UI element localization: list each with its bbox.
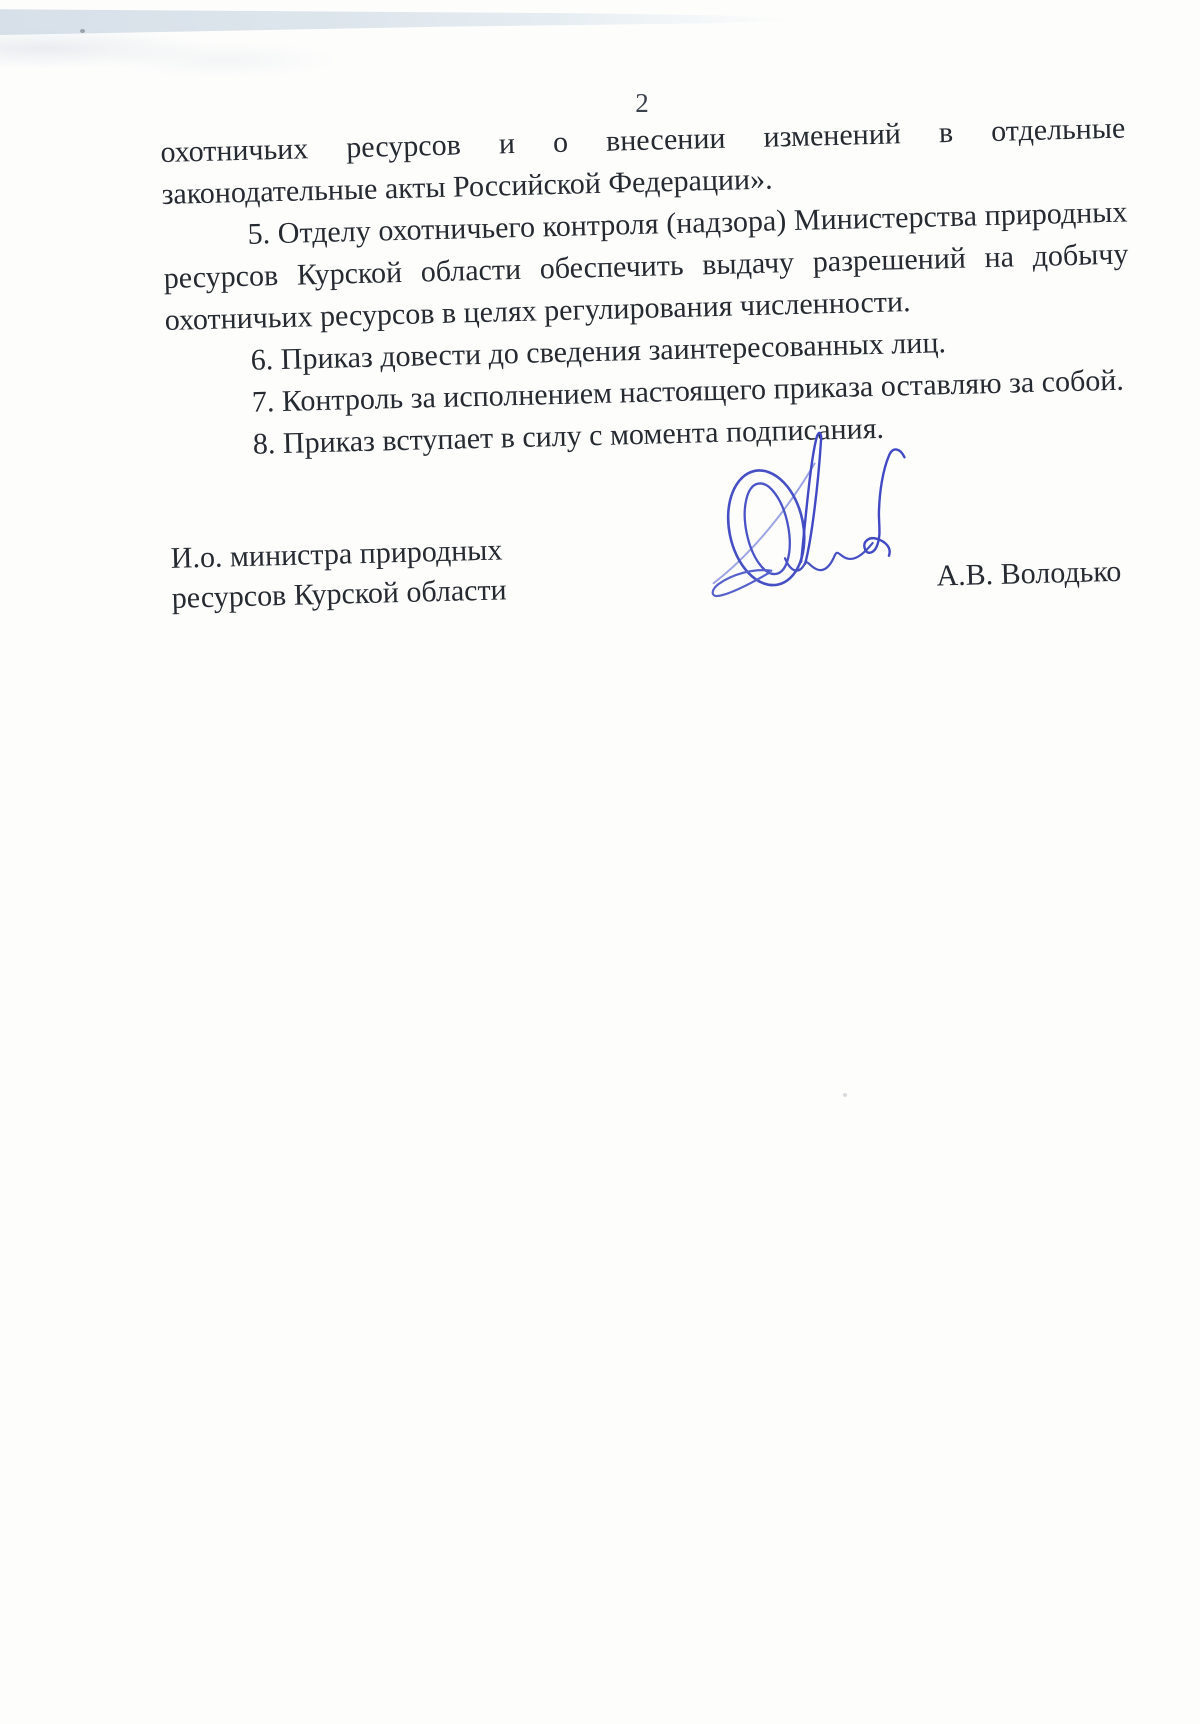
scanned-document-page: 2 охотничьих ресурсов и о внесении измен… (0, 0, 1200, 1724)
signatory-title: И.о. министра природных ресурсов Курской… (170, 530, 507, 618)
document-content: охотничьих ресурсов и о внесении изменен… (160, 108, 1139, 692)
page-number: 2 (602, 88, 682, 119)
scan-speck (843, 1093, 847, 1097)
scan-speck (80, 29, 85, 33)
handwritten-signature-icon (645, 384, 963, 624)
signatory-name: А.В. Володько (936, 557, 1122, 592)
scan-artifact-smudge (0, 28, 430, 86)
